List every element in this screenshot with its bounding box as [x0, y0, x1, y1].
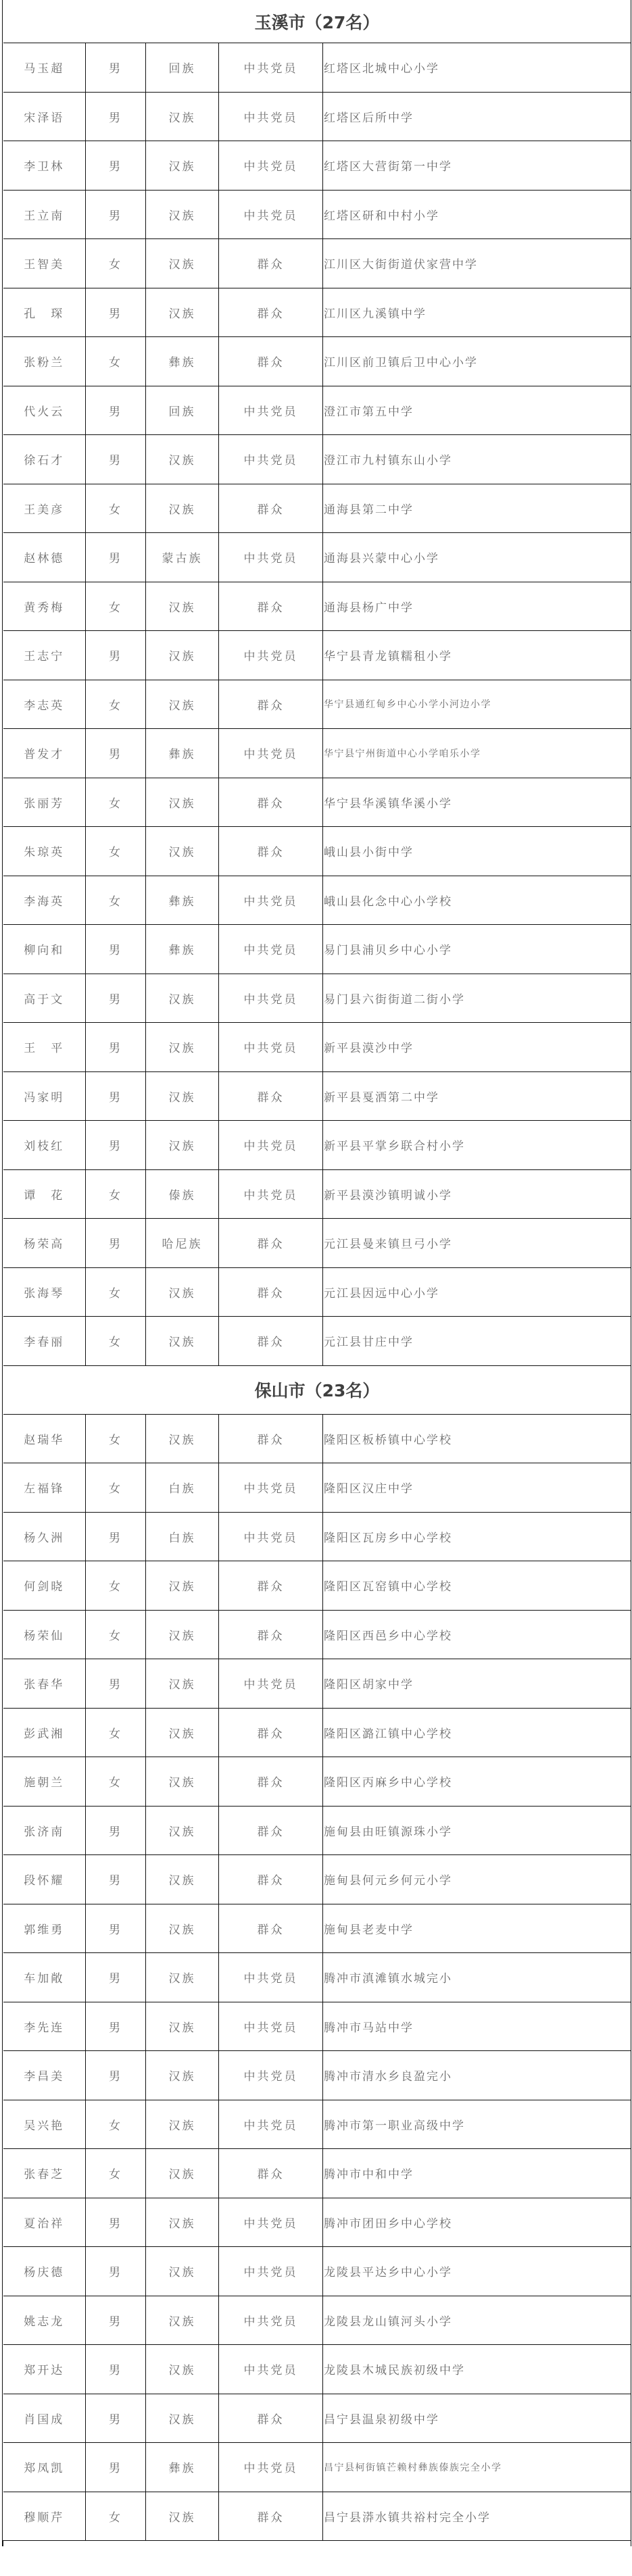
- political-status-cell: 群众: [219, 2394, 323, 2443]
- ethnicity-cell: 汉族: [146, 1561, 219, 1611]
- ethnicity-cell: 彝族: [146, 876, 219, 925]
- political-status-cell: 群众: [219, 337, 323, 386]
- ethnicity-cell: 彝族: [146, 925, 219, 974]
- political-status-cell: 群众: [219, 1561, 323, 1611]
- gender-cell: 女: [86, 484, 146, 533]
- political-status-cell: 中共党员: [219, 2100, 323, 2149]
- ethnicity-cell: 汉族: [146, 2002, 219, 2051]
- teacher-name: 张海琴: [3, 1267, 86, 1317]
- ethnicity-cell: 汉族: [146, 1414, 219, 1463]
- teacher-name: 高于文: [3, 974, 86, 1023]
- school-cell: 龙陵县龙山镇河头小学: [323, 2296, 631, 2345]
- gender-cell: 男: [86, 1071, 146, 1121]
- ethnicity-cell: 汉族: [146, 484, 219, 533]
- ethnicity-cell: 汉族: [146, 1806, 219, 1855]
- gender-cell: 男: [86, 2394, 146, 2443]
- gender-cell: 女: [86, 582, 146, 631]
- school-cell: 元江县因远中心小学: [323, 1267, 631, 1317]
- gender-cell: 男: [86, 631, 146, 680]
- political-status-cell: 中共党员: [219, 1169, 323, 1219]
- school-cell: 江川区九溪镇中学: [323, 288, 631, 337]
- school-cell: 新平县漠沙中学: [323, 1023, 631, 1072]
- gender-cell: 女: [86, 1610, 146, 1659]
- gender-cell: 女: [86, 2149, 146, 2198]
- teacher-name: 普发才: [3, 729, 86, 778]
- school-cell: 昌宁县温泉初级中学: [323, 2394, 631, 2443]
- school-cell: 隆阳区丙麻乡中心学校: [323, 1757, 631, 1807]
- gender-cell: 女: [86, 239, 146, 288]
- table-row: 王智美女汉族群众江川区大街街道伏家营中学: [3, 239, 631, 288]
- teacher-name: 左福锋: [3, 1463, 86, 1513]
- table-row: 赵瑞华女汉族群众隆阳区板桥镇中心学校: [3, 1414, 631, 1463]
- political-status-cell: 中共党员: [219, 190, 323, 239]
- teacher-name: 郑开达: [3, 2345, 86, 2394]
- ethnicity-cell: 回族: [146, 43, 219, 93]
- section-title: 保山市（23名）: [3, 1365, 631, 1414]
- ethnicity-cell: 汉族: [146, 1904, 219, 1953]
- school-cell: 隆阳区潞江镇中心学校: [323, 1708, 631, 1757]
- teacher-list-document: 玉溪市（27名）马玉超男回族中共党员红塔区北城中心小学宋泽语男汉族中共党员红塔区…: [2, 0, 631, 2546]
- school-cell: 澄江市第五中学: [323, 386, 631, 435]
- ethnicity-cell: 汉族: [146, 2247, 219, 2296]
- teacher-name: 朱琼英: [3, 827, 86, 876]
- teacher-name: 徐石才: [3, 435, 86, 484]
- gender-cell: 女: [86, 1757, 146, 1807]
- school-cell: 红塔区研和中村小学: [323, 190, 631, 239]
- table-row: 王立南男汉族中共党员红塔区研和中村小学: [3, 190, 631, 239]
- gender-cell: 男: [86, 1904, 146, 1953]
- teacher-name: 张丽芳: [3, 778, 86, 827]
- teacher-name: 杨荣高: [3, 1219, 86, 1268]
- gender-cell: 男: [86, 288, 146, 337]
- political-status-cell: 群众: [219, 1414, 323, 1463]
- gender-cell: 女: [86, 2100, 146, 2149]
- gender-cell: 男: [86, 2247, 146, 2296]
- political-status-cell: 中共党员: [219, 2247, 323, 2296]
- gender-cell: 女: [86, 1561, 146, 1611]
- ethnicity-cell: 汉族: [146, 2100, 219, 2149]
- ethnicity-cell: 汉族: [146, 92, 219, 141]
- ethnicity-cell: 汉族: [146, 2492, 219, 2541]
- ethnicity-cell: 蒙古族: [146, 533, 219, 582]
- ethnicity-cell: 汉族: [146, 680, 219, 729]
- ethnicity-cell: 回族: [146, 386, 219, 435]
- table-row: 高于文男汉族中共党员易门县六街街道二街小学: [3, 974, 631, 1023]
- ethnicity-cell: 汉族: [146, 1121, 219, 1170]
- gender-cell: 男: [86, 1855, 146, 1904]
- gender-cell: 女: [86, 876, 146, 925]
- teacher-name: 王立南: [3, 190, 86, 239]
- school-cell: 江川区前卫镇后卫中心小学: [323, 337, 631, 386]
- table-row: 穆顺芹女汉族群众昌宁县漭水镇共裕村完全小学: [3, 2492, 631, 2541]
- political-status-cell: 中共党员: [219, 2345, 323, 2394]
- table-row: 孔 琛男汉族群众江川区九溪镇中学: [3, 288, 631, 337]
- teacher-name: 孔 琛: [3, 288, 86, 337]
- gender-cell: 男: [86, 2345, 146, 2394]
- political-status-cell: 中共党员: [219, 533, 323, 582]
- gender-cell: 男: [86, 2002, 146, 2051]
- gender-cell: 男: [86, 141, 146, 191]
- school-cell: 腾冲市滇滩镇水城完小: [323, 1953, 631, 2002]
- gender-cell: 男: [86, 1023, 146, 1072]
- table-row: 肖国成男汉族群众昌宁县温泉初级中学: [3, 2394, 631, 2443]
- ethnicity-cell: 汉族: [146, 2345, 219, 2394]
- teacher-name: 王智美: [3, 239, 86, 288]
- table-row: 郭维勇男汉族群众施甸县老麦中学: [3, 1904, 631, 1953]
- school-cell: 施甸县老麦中学: [323, 1904, 631, 1953]
- political-status-cell: 群众: [219, 1267, 323, 1317]
- gender-cell: 女: [86, 1317, 146, 1366]
- school-cell: 隆阳区瓦窑镇中心学校: [323, 1561, 631, 1611]
- political-status-cell: 中共党员: [219, 974, 323, 1023]
- gender-cell: 男: [86, 729, 146, 778]
- political-status-cell: 群众: [219, 1708, 323, 1757]
- school-cell: 隆阳区汉庄中学: [323, 1463, 631, 1513]
- teacher-name: 施朝兰: [3, 1757, 86, 1807]
- table-row: 张春芝女汉族群众腾冲市中和中学: [3, 2149, 631, 2198]
- political-status-cell: 群众: [219, 484, 323, 533]
- table-row: 张海琴女汉族群众元江县因远中心小学: [3, 1267, 631, 1317]
- teacher-name: 杨庆德: [3, 2247, 86, 2296]
- political-status-cell: 群众: [219, 827, 323, 876]
- political-status-cell: 中共党员: [219, 1512, 323, 1561]
- ethnicity-cell: 汉族: [146, 2149, 219, 2198]
- school-cell: 新平县漠沙镇明诚小学: [323, 1169, 631, 1219]
- table-row: 张丽芳女汉族群众华宁县华溪镇华溪小学: [3, 778, 631, 827]
- table-row: 李春丽女汉族群众元江县甘庄中学: [3, 1317, 631, 1366]
- teacher-name: 谭 花: [3, 1169, 86, 1219]
- political-status-cell: 群众: [219, 778, 323, 827]
- gender-cell: 女: [86, 1267, 146, 1317]
- teacher-name: 宋泽语: [3, 92, 86, 141]
- table-row: 杨久洲男白族中共党员隆阳区瓦房乡中心学校: [3, 1512, 631, 1561]
- ethnicity-cell: 汉族: [146, 239, 219, 288]
- teacher-name: 郑凤凯: [3, 2443, 86, 2492]
- ethnicity-cell: 傣族: [146, 1169, 219, 1219]
- political-status-cell: 群众: [219, 239, 323, 288]
- table-row: 马玉超男回族中共党员红塔区北城中心小学: [3, 43, 631, 93]
- table-row: 李先连男汉族中共党员腾冲市马站中学: [3, 2002, 631, 2051]
- ethnicity-cell: 汉族: [146, 1855, 219, 1904]
- teacher-name: 柳向和: [3, 925, 86, 974]
- school-cell: 峨山县小街中学: [323, 827, 631, 876]
- political-status-cell: 群众: [219, 2149, 323, 2198]
- table-row: 李昌美男汉族中共党员腾冲市清水乡良盈完小: [3, 2051, 631, 2100]
- section-title: 玉溪市（27名）: [3, 0, 631, 43]
- gender-cell: 女: [86, 827, 146, 876]
- gender-cell: 女: [86, 1463, 146, 1513]
- table-row: 段怀耀男汉族群众施甸县何元乡何元小学: [3, 1855, 631, 1904]
- table-row: 李卫林男汉族中共党员红塔区大营街第一中学: [3, 141, 631, 191]
- teacher-table: 玉溪市（27名）马玉超男回族中共党员红塔区北城中心小学宋泽语男汉族中共党员红塔区…: [3, 0, 631, 2546]
- teacher-name: 夏治祥: [3, 2198, 86, 2247]
- ethnicity-cell: 哈尼族: [146, 1219, 219, 1268]
- political-status-cell: 群众: [219, 1806, 323, 1855]
- gender-cell: 男: [86, 1512, 146, 1561]
- teacher-name: 李先连: [3, 2002, 86, 2051]
- teacher-name: 杨荣仙: [3, 1610, 86, 1659]
- ethnicity-cell: 彝族: [146, 2443, 219, 2492]
- school-cell: 隆阳区胡家中学: [323, 1659, 631, 1709]
- table-row: 张春华男汉族中共党员隆阳区胡家中学: [3, 1659, 631, 1709]
- gender-cell: 男: [86, 974, 146, 1023]
- gender-cell: 男: [86, 92, 146, 141]
- ethnicity-cell: 汉族: [146, 190, 219, 239]
- ethnicity-cell: 彝族: [146, 729, 219, 778]
- ethnicity-cell: 汉族: [146, 1659, 219, 1709]
- gender-cell: 男: [86, 2051, 146, 2100]
- school-cell: 腾冲市马站中学: [323, 2002, 631, 2051]
- political-status-cell: 中共党员: [219, 2198, 323, 2247]
- table-row: 黄秀梅女汉族群众通海县杨广中学: [3, 582, 631, 631]
- table-row: 郑开达男汉族中共党员龙陵县木城民族初级中学: [3, 2345, 631, 2394]
- table-row: 冯家明男汉族群众新平县戛洒第二中学: [3, 1071, 631, 1121]
- ethnicity-cell: 汉族: [146, 2198, 219, 2247]
- table-row: 柳向和男彝族中共党员易门县浦贝乡中心小学: [3, 925, 631, 974]
- political-status-cell: 中共党员: [219, 1463, 323, 1513]
- school-cell: 华宁县华溪镇华溪小学: [323, 778, 631, 827]
- school-cell: 龙陵县木城民族初级中学: [323, 2345, 631, 2394]
- teacher-name: 彭武湘: [3, 1708, 86, 1757]
- ethnicity-cell: 彝族: [146, 337, 219, 386]
- gender-cell: 男: [86, 1659, 146, 1709]
- gender-cell: 男: [86, 190, 146, 239]
- school-cell: 通海县第二中学: [323, 484, 631, 533]
- political-status-cell: 中共党员: [219, 925, 323, 974]
- gender-cell: 男: [86, 2443, 146, 2492]
- political-status-cell: 中共党员: [219, 2296, 323, 2345]
- table-row: 普发才男彝族中共党员华宁县宁州街道中心小学咱乐小学: [3, 729, 631, 778]
- teacher-name: 张济南: [3, 1806, 86, 1855]
- teacher-name: 李卫林: [3, 141, 86, 191]
- ethnicity-cell: 汉族: [146, 2296, 219, 2345]
- school-cell: 昌宁县柯街镇芒赖村彝族傣族完全小学: [323, 2443, 631, 2492]
- school-cell: 华宁县宁州街道中心小学咱乐小学: [323, 729, 631, 778]
- political-status-cell: 群众: [219, 1610, 323, 1659]
- political-status-cell: 中共党员: [219, 386, 323, 435]
- gender-cell: 女: [86, 1708, 146, 1757]
- gender-cell: 男: [86, 435, 146, 484]
- political-status-cell: 群众: [219, 582, 323, 631]
- political-status-cell: 群众: [219, 1855, 323, 1904]
- school-cell: 澄江市九村镇东山小学: [323, 435, 631, 484]
- table-row: 代火云男回族中共党员澄江市第五中学: [3, 386, 631, 435]
- teacher-name: 李春丽: [3, 1317, 86, 1366]
- political-status-cell: 中共党员: [219, 435, 323, 484]
- table-row: 何剑晓女汉族群众隆阳区瓦窑镇中心学校: [3, 1561, 631, 1611]
- political-status-cell: 中共党员: [219, 2002, 323, 2051]
- school-cell: 元江县甘庄中学: [323, 1317, 631, 1366]
- school-cell: 腾冲市中和中学: [323, 2149, 631, 2198]
- teacher-name: 代火云: [3, 386, 86, 435]
- ethnicity-cell: 汉族: [146, 827, 219, 876]
- table-row: 车加敞男汉族中共党员腾冲市滇滩镇水城完小: [3, 1953, 631, 2002]
- school-cell: 江川区大街街道伏家营中学: [323, 239, 631, 288]
- table-row: 王美彦女汉族群众通海县第二中学: [3, 484, 631, 533]
- political-status-cell: 中共党员: [219, 92, 323, 141]
- table-row: 吴兴艳女汉族中共党员腾冲市第一职业高级中学: [3, 2100, 631, 2149]
- gender-cell: 男: [86, 1953, 146, 2002]
- gender-cell: 女: [86, 778, 146, 827]
- table-row: 杨荣仙女汉族群众隆阳区西邑乡中心学校: [3, 1610, 631, 1659]
- ethnicity-cell: 汉族: [146, 582, 219, 631]
- teacher-name: 姚志龙: [3, 2296, 86, 2345]
- table-row: 王 平男汉族中共党员新平县漠沙中学: [3, 1023, 631, 1072]
- school-cell: 腾冲市清水乡良盈完小: [323, 2051, 631, 2100]
- gender-cell: 男: [86, 386, 146, 435]
- school-cell: 隆阳区瓦房乡中心学校: [323, 1512, 631, 1561]
- school-cell: 隆阳区板桥镇中心学校: [323, 1414, 631, 1463]
- political-status-cell: 中共党员: [219, 1659, 323, 1709]
- gender-cell: 女: [86, 1414, 146, 1463]
- political-status-cell: 中共党员: [219, 631, 323, 680]
- school-cell: 华宁县通红甸乡中心小学小河边小学: [323, 680, 631, 729]
- ethnicity-cell: 汉族: [146, 2394, 219, 2443]
- gender-cell: 男: [86, 925, 146, 974]
- ethnicity-cell: 汉族: [146, 1317, 219, 1366]
- political-status-cell: 群众: [219, 288, 323, 337]
- ethnicity-cell: 汉族: [146, 141, 219, 191]
- table-row: 李志英女汉族群众华宁县通红甸乡中心小学小河边小学: [3, 680, 631, 729]
- political-status-cell: 群众: [219, 680, 323, 729]
- teacher-name: 赵林德: [3, 533, 86, 582]
- table-row: 徐石才男汉族中共党员澄江市九村镇东山小学: [3, 435, 631, 484]
- table-row: 谭 花女傣族中共党员新平县漠沙镇明诚小学: [3, 1169, 631, 1219]
- gender-cell: 女: [86, 337, 146, 386]
- teacher-name: 王美彦: [3, 484, 86, 533]
- school-cell: 易门县六街街道二街小学: [323, 974, 631, 1023]
- teacher-name: 李志英: [3, 680, 86, 729]
- ethnicity-cell: 汉族: [146, 1708, 219, 1757]
- school-cell: 易门县浦贝乡中心小学: [323, 925, 631, 974]
- teacher-name: 车加敞: [3, 1953, 86, 2002]
- political-status-cell: 中共党员: [219, 1023, 323, 1072]
- ethnicity-cell: 汉族: [146, 1023, 219, 1072]
- gender-cell: 男: [86, 2198, 146, 2247]
- table-row: 王志宁男汉族中共党员华宁县青龙镇糯租小学: [3, 631, 631, 680]
- ethnicity-cell: 白族: [146, 1463, 219, 1513]
- table-row: 施朝兰女汉族群众隆阳区丙麻乡中心学校: [3, 1757, 631, 1807]
- teacher-name: 穆顺芹: [3, 2492, 86, 2541]
- gender-cell: 女: [86, 680, 146, 729]
- school-cell: 腾冲市团田乡中心学校: [323, 2198, 631, 2247]
- political-status-cell: 中共党员: [219, 876, 323, 925]
- teacher-name: 李昌美: [3, 2051, 86, 2100]
- ethnicity-cell: 汉族: [146, 288, 219, 337]
- gender-cell: 男: [86, 2296, 146, 2345]
- school-cell: 腾冲市第一职业高级中学: [323, 2100, 631, 2149]
- teacher-name: 吴兴艳: [3, 2100, 86, 2149]
- gender-cell: 男: [86, 43, 146, 93]
- table-row: 杨庆德男汉族中共党员龙陵县平达乡中心小学: [3, 2247, 631, 2296]
- teacher-name: 杨久洲: [3, 1512, 86, 1561]
- ethnicity-cell: 汉族: [146, 435, 219, 484]
- political-status-cell: 中共党员: [219, 2443, 323, 2492]
- school-cell: 昌宁县漭水镇共裕村完全小学: [323, 2492, 631, 2541]
- ethnicity-cell: 汉族: [146, 1757, 219, 1807]
- teacher-name: 何剑晓: [3, 1561, 86, 1611]
- table-row: 杨荣高男哈尼族群众元江县曼来镇旦弓小学: [3, 1219, 631, 1268]
- ethnicity-cell: 汉族: [146, 1071, 219, 1121]
- political-status-cell: 中共党员: [219, 1121, 323, 1170]
- school-cell: 通海县兴蒙中心小学: [323, 533, 631, 582]
- table-row-partial: [3, 2541, 631, 2547]
- school-cell: 隆阳区西邑乡中心学校: [323, 1610, 631, 1659]
- teacher-name: 马玉超: [3, 43, 86, 93]
- political-status-cell: 中共党员: [219, 43, 323, 93]
- political-status-cell: 群众: [219, 1904, 323, 1953]
- school-cell: 峨山县化念中心小学校: [323, 876, 631, 925]
- teacher-name: 张春华: [3, 1659, 86, 1709]
- political-status-cell: 群众: [219, 1071, 323, 1121]
- teacher-name: 刘枝红: [3, 1121, 86, 1170]
- section-header-row: 玉溪市（27名）: [3, 0, 631, 43]
- school-cell: 华宁县青龙镇糯租小学: [323, 631, 631, 680]
- political-status-cell: 中共党员: [219, 141, 323, 191]
- gender-cell: 男: [86, 1121, 146, 1170]
- ethnicity-cell: 汉族: [146, 1610, 219, 1659]
- table-row: 宋泽语男汉族中共党员红塔区后所中学: [3, 92, 631, 141]
- table-row: 刘枝红男汉族中共党员新平县平掌乡联合村小学: [3, 1121, 631, 1170]
- teacher-name: 张粉兰: [3, 337, 86, 386]
- ethnicity-cell: 汉族: [146, 974, 219, 1023]
- table-row: 赵林德男蒙古族中共党员通海县兴蒙中心小学: [3, 533, 631, 582]
- school-cell: 新平县平掌乡联合村小学: [323, 1121, 631, 1170]
- teacher-name: 冯家明: [3, 1071, 86, 1121]
- school-cell: 红塔区北城中心小学: [323, 43, 631, 93]
- school-cell: 元江县曼来镇旦弓小学: [323, 1219, 631, 1268]
- political-status-cell: 群众: [219, 1317, 323, 1366]
- political-status-cell: 中共党员: [219, 729, 323, 778]
- table-row: 夏治祥男汉族中共党员腾冲市团田乡中心学校: [3, 2198, 631, 2247]
- table-row: 朱琼英女汉族群众峨山县小街中学: [3, 827, 631, 876]
- political-status-cell: 中共党员: [219, 2051, 323, 2100]
- gender-cell: 男: [86, 1806, 146, 1855]
- gender-cell: 女: [86, 1169, 146, 1219]
- teacher-name: 王 平: [3, 1023, 86, 1072]
- table-row: 郑凤凯男彝族中共党员昌宁县柯街镇芒赖村彝族傣族完全小学: [3, 2443, 631, 2492]
- school-cell: 新平县戛洒第二中学: [323, 1071, 631, 1121]
- ethnicity-cell: 汉族: [146, 631, 219, 680]
- political-status-cell: 群众: [219, 1219, 323, 1268]
- school-cell: 龙陵县平达乡中心小学: [323, 2247, 631, 2296]
- table-body: 玉溪市（27名）马玉超男回族中共党员红塔区北城中心小学宋泽语男汉族中共党员红塔区…: [3, 0, 631, 2546]
- table-row: 张粉兰女彝族群众江川区前卫镇后卫中心小学: [3, 337, 631, 386]
- gender-cell: 男: [86, 533, 146, 582]
- teacher-name: 赵瑞华: [3, 1414, 86, 1463]
- ethnicity-cell: 白族: [146, 1512, 219, 1561]
- school-cell: 红塔区后所中学: [323, 92, 631, 141]
- school-cell: 通海县杨广中学: [323, 582, 631, 631]
- teacher-name: 郭维勇: [3, 1904, 86, 1953]
- table-row: 李海英女彝族中共党员峨山县化念中心小学校: [3, 876, 631, 925]
- section-header-row: 保山市（23名）: [3, 1365, 631, 1414]
- political-status-cell: 中共党员: [219, 1953, 323, 2002]
- political-status-cell: 群众: [219, 2492, 323, 2541]
- teacher-name: 李海英: [3, 876, 86, 925]
- school-cell: 施甸县何元乡何元小学: [323, 1855, 631, 1904]
- school-cell: 施甸县由旺镇源珠小学: [323, 1806, 631, 1855]
- gender-cell: 女: [86, 2492, 146, 2541]
- teacher-name: 王志宁: [3, 631, 86, 680]
- ethnicity-cell: 汉族: [146, 1953, 219, 2002]
- ethnicity-cell: 汉族: [146, 2051, 219, 2100]
- gender-cell: 男: [86, 1219, 146, 1268]
- school-cell: 红塔区大营街第一中学: [323, 141, 631, 191]
- teacher-name: 黄秀梅: [3, 582, 86, 631]
- table-row: 张济南男汉族群众施甸县由旺镇源珠小学: [3, 1806, 631, 1855]
- teacher-name: 段怀耀: [3, 1855, 86, 1904]
